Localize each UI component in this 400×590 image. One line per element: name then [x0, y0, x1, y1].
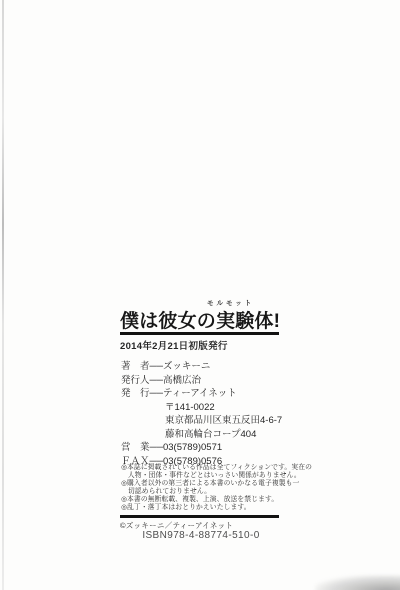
publication-info: 著 者──ズッキーニ 発行人──高橋広治 発 行──ティーアイネット 〒141-… — [121, 360, 282, 468]
isbn-number: ISBN978-4-88774-510-0 — [120, 530, 282, 541]
credit-label: 発行人 — [121, 375, 150, 386]
credit-row-publisher: 発 行──ティーアイネット — [121, 387, 282, 401]
notice-line: ◎乱丁・落丁本はおとりかえいたします。 — [121, 504, 312, 512]
divider-rule-bottom — [120, 515, 279, 518]
credit-row-publisher-person: 発行人──高橋広治 — [121, 374, 282, 388]
publisher-name: ティーアイネット — [163, 388, 237, 399]
credit-label: 発 行 — [121, 388, 150, 399]
contact-row-sales: 営 業──03(5789)0571 — [121, 441, 282, 455]
edition-date: 2014年2月21日初版発行 — [120, 338, 228, 352]
notice-line: ◎本書の無断転載、複製、上演、放送を禁じます。 — [121, 496, 312, 504]
author-name: ズッキーニ — [163, 361, 210, 372]
divider-rule-top — [120, 332, 279, 335]
notice-line: 人物・団体・事件などとはいっさい関係がありません。 — [121, 472, 312, 480]
notice-line: ◎購入者以外の第三者による本書のいかなる電子複製も一 — [121, 480, 312, 488]
leader-dash: ── — [150, 388, 163, 399]
legal-notices: ◎本誌に掲載されている作品は全てフィクションです。実在の 人物・団体・事件などと… — [121, 464, 312, 512]
scan-edge-artifact — [2, 0, 4, 590]
notice-line: ◎本誌に掲載されている作品は全てフィクションです。実在の — [121, 464, 312, 472]
contact-label: 営 業 — [121, 442, 150, 453]
leader-dash: ── — [150, 442, 163, 453]
notice-line: 切認められておりません。 — [121, 488, 312, 496]
leader-dash: ── — [150, 375, 163, 386]
address-line: 藤和高輪台コープ404 — [121, 428, 282, 442]
postal-code: 〒141-0022 — [121, 401, 282, 415]
sales-phone: 03(5789)0571 — [163, 442, 222, 453]
credit-label: 著 者 — [121, 361, 150, 372]
book-title: 僕は彼女の実験体! — [120, 306, 280, 333]
credit-row-author: 著 者──ズッキーニ — [121, 360, 282, 374]
scan-smudge-artifact — [315, 575, 400, 590]
leader-dash: ── — [150, 361, 163, 372]
colophon-page: モルモット 僕は彼女の実験体! 2014年2月21日初版発行 著 者──ズッキー… — [0, 0, 400, 590]
publisher-person-name: 高橋広治 — [163, 375, 201, 386]
address-line: 東京都品川区東五反田4-6-7 — [121, 414, 282, 428]
